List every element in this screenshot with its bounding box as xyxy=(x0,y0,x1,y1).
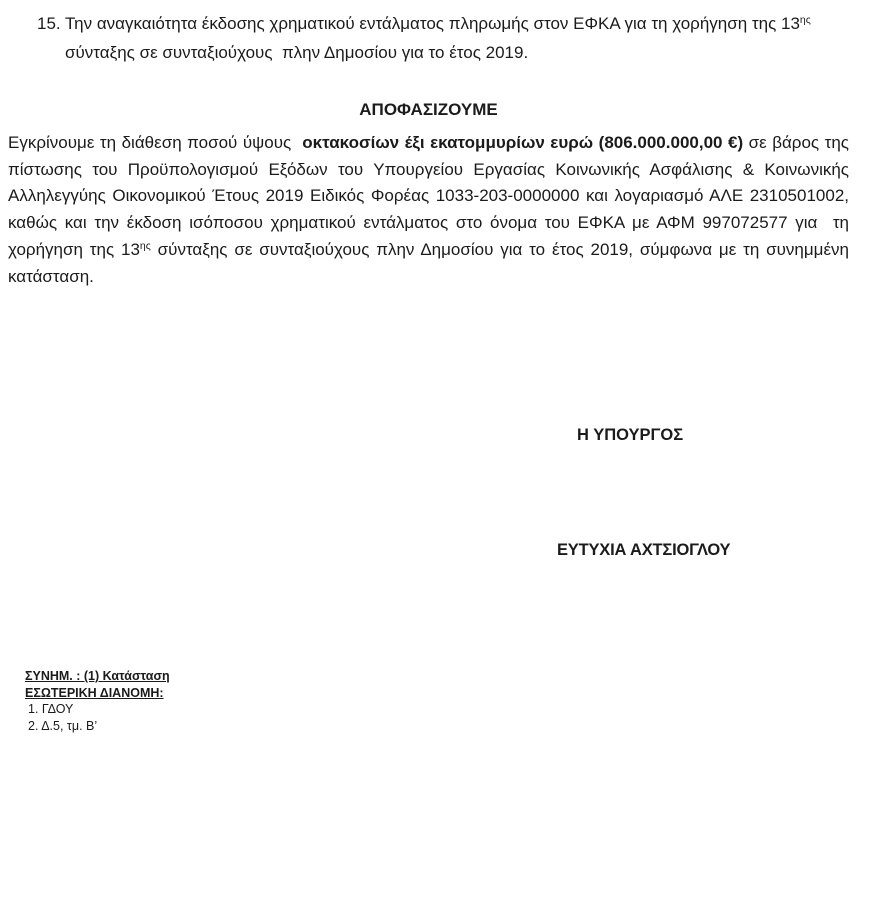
minister-name: ΕΥΤΥΧΙΑ ΑΧΤΣΙΟΓΛΟΥ xyxy=(557,541,730,560)
list-item-text: Την αναγκαιότητα έκδοσης χρηματικού εντά… xyxy=(65,9,859,67)
internal-distribution-heading: ΕΣΩΤΕΡΙΚΗ ΔΙΑΝΟΜΗ: xyxy=(25,685,170,702)
footer-block: ΣΥΝΗΜ. : (1) Κατάσταση ΕΣΩΤΕΡΙΚΗ ΔΙΑΝΟΜΗ… xyxy=(25,668,170,734)
decision-paragraph: Εγκρίνουμε τη διάθεση ποσού ύψους οκτακο… xyxy=(8,130,849,290)
distribution-item: 2. Δ.5, τμ. Β’ xyxy=(25,718,170,735)
distribution-item: 1. ΓΔΟΥ xyxy=(25,701,170,718)
decision-heading: ΑΠΟΦΑΣΙΖΟΥΜΕ xyxy=(8,99,849,121)
minister-title: Η ΥΠΟΥΡΓΟΣ xyxy=(577,426,683,445)
attachments-note: ΣΥΝΗΜ. : (1) Κατάσταση xyxy=(25,668,170,685)
list-item-number: 15. xyxy=(37,9,65,67)
document-page: 15. Την αναγκαιότητα έκδοσης χρηματικού … xyxy=(0,0,880,898)
list-item-15: 15. Την αναγκαιότητα έκδοσης χρηματικού … xyxy=(37,9,859,67)
